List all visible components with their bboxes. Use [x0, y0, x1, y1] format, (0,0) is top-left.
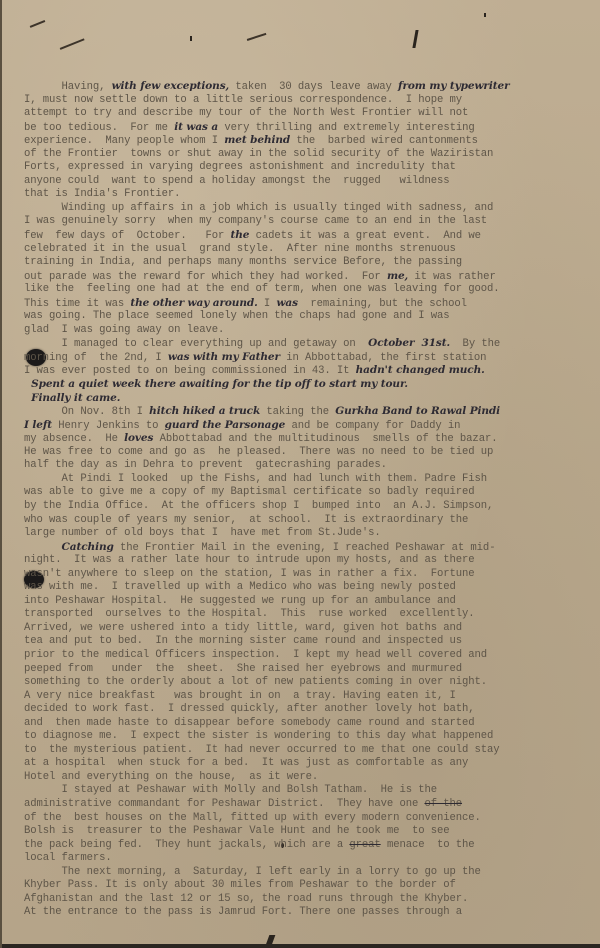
text-line: night. It was a rather late hour to intr…	[24, 554, 584, 568]
typed-text: Hotel and everything on the house, as it…	[24, 771, 318, 783]
text-line: half the day as in Dehra to prevent gate…	[24, 459, 584, 473]
text-line: of the best houses on the Mall, fitted u…	[24, 812, 584, 826]
typed-text: few few days of October. For	[24, 230, 231, 242]
text-line: I, must now settle down to a little seri…	[24, 94, 584, 108]
typed-text: celebrated it in the usual grand style. …	[24, 243, 456, 255]
typed-text: of the Frontier towns or shut away in th…	[24, 148, 493, 160]
handwritten-insert: with few exceptions,	[112, 80, 229, 92]
text-line: out parade was the reward for which they…	[24, 270, 584, 284]
text-line: prior to the medical Officers inspection…	[24, 649, 584, 663]
typed-text: Afghanistan and the last 12 or 15 so, th…	[24, 893, 468, 905]
typed-text: At Pindi I looked up the Fishs, and had …	[24, 473, 487, 485]
text-line: Khyber Pass. It is only about 30 miles f…	[24, 879, 584, 893]
typed-text: Bolsh is treasurer to the Peshawar Vale …	[24, 825, 450, 837]
typed-text: out parade was the reward for which they…	[24, 271, 387, 283]
text-line: celebrated it in the usual grand style. …	[24, 243, 584, 257]
text-line: tea and put to bed. In the morning siste…	[24, 635, 584, 649]
typed-text: to diagnose me. I expect the sister is w…	[24, 730, 493, 742]
typed-text: was with me. I travelled up with a Medic…	[24, 581, 456, 593]
handwritten-insert: from my typewriter	[398, 80, 509, 92]
handwritten-insert: loves	[124, 432, 153, 444]
text-line: Spent a quiet week there awaiting for th…	[24, 378, 584, 392]
text-line: The next morning, a Saturday, I left ear…	[24, 866, 584, 880]
text-line: administrative commandant for Peshawar D…	[24, 798, 584, 812]
handwritten-insert: hadn't changed much.	[356, 364, 485, 376]
typed-text: and be company for Daddy in	[285, 420, 460, 432]
typed-text: I managed to clear everything up and get…	[24, 338, 368, 350]
text-line: of the Frontier towns or shut away in th…	[24, 148, 584, 162]
typed-text: transported ourselves to the Hospital. T…	[24, 608, 475, 620]
text-line: transported ourselves to the Hospital. T…	[24, 608, 584, 622]
text-line: I stayed at Peshawar with Molly and Bols…	[24, 784, 584, 798]
text-line: who was couple of years my senior, at sc…	[24, 514, 584, 528]
text-line: I was genuinely sorry when my company's …	[24, 215, 584, 229]
typed-text: be too tedious. For me	[24, 122, 174, 134]
handwritten-insert: Gurkha Band to Rawal Pindi	[335, 405, 500, 417]
typed-text: I stayed at Peshawar with Molly and Bols…	[24, 784, 437, 796]
typed-text: menace to the	[381, 839, 475, 851]
typed-text: the barbed wired cantonments	[290, 135, 478, 147]
typed-text: I	[258, 298, 277, 310]
handwritten-insert: it was a	[174, 121, 218, 133]
typed-text: was going. The place seemed lonely when …	[24, 310, 450, 322]
typed-text: I was genuinely sorry when my company's …	[24, 215, 487, 227]
text-line: This time it was the other way around. I…	[24, 297, 584, 311]
typed-text: Winding up affairs in a job which is usu…	[24, 202, 493, 214]
typed-text: that is India's Frontier.	[24, 188, 180, 200]
typed-text: into Peshawar Hospital. He suggested we …	[24, 595, 456, 607]
typed-text: Khyber Pass. It is only about 30 miles f…	[24, 879, 456, 891]
typed-text: to the mysterious patient. It had never …	[24, 744, 500, 756]
handwritten-insert: guard the Parsonage	[165, 419, 286, 431]
text-line: the pack being fed. They hunt jackals, w…	[24, 839, 584, 853]
paper-mark	[412, 30, 418, 48]
handwritten-insert: Spent a quiet week there awaiting for th…	[24, 378, 408, 390]
text-line: Forts, expressed in varying degrees asto…	[24, 161, 584, 175]
text-line: Hotel and everything on the house, as it…	[24, 771, 584, 785]
text-line: large number of old boys that I have met…	[24, 527, 584, 541]
typed-text: in Abbottabad, the first station	[280, 352, 487, 364]
text-line: Catching the Frontier Mail in the evenin…	[24, 541, 584, 555]
text-line: something to the orderly about a lot of …	[24, 676, 584, 690]
typed-text: glad I was going away on leave.	[24, 324, 224, 336]
typed-text: prior to the medical Officers inspection…	[24, 649, 487, 661]
text-line: He was free to come and go as he pleased…	[24, 446, 584, 460]
typed-text: The next morning, a Saturday, I left ear…	[24, 866, 481, 878]
typed-text: training in India, and perhaps many mont…	[24, 256, 462, 268]
typed-text: I was ever posted to on being commission…	[24, 365, 356, 377]
paper-mark	[190, 36, 192, 41]
text-line: attempt to try and describe my tour of t…	[24, 107, 584, 121]
text-line: few few days of October. For the cadets …	[24, 229, 584, 243]
typed-text: taken 30 days leave away	[229, 81, 398, 93]
text-line: glad I was going away on leave.	[24, 324, 584, 338]
typed-text: of the best houses on the Mall, fitted u…	[24, 812, 481, 824]
typed-text: Henry Jenkins to	[52, 420, 165, 432]
typed-text: very thrilling and extremely interesting	[218, 122, 475, 134]
typed-text: by the India Office. At the officers sho…	[24, 500, 493, 512]
text-line: into Peshawar Hospital. He suggested we …	[24, 595, 584, 609]
typed-text: attempt to try and describe my tour of t…	[24, 107, 468, 119]
text-line: At Pindi I looked up the Fishs, and had …	[24, 473, 584, 487]
typed-text: Abbottabad and the multitudinous smells …	[153, 433, 497, 445]
handwritten-insert: Catching	[62, 541, 114, 553]
typed-text: and then made haste to disappear before …	[24, 717, 475, 729]
text-line: at a hospital when stuck for a bed. It w…	[24, 757, 584, 771]
typed-text: anyone could want to spend a holiday amo…	[24, 175, 450, 187]
handwritten-insert: me,	[387, 270, 408, 282]
handwritten-insert: the other way around.	[130, 297, 257, 309]
paper-mark	[247, 33, 266, 41]
typed-text: it was rather	[408, 271, 496, 283]
text-line: On Nov. 8th I hitch hiked a truck taking…	[24, 405, 584, 419]
typed-text: my absence. He	[24, 433, 124, 445]
typed-text: On Nov. 8th I	[24, 406, 149, 418]
typed-text: remaining, but the school	[298, 298, 467, 310]
typed-text: tea and put to bed. In the morning siste…	[24, 635, 462, 647]
page-edge	[2, 944, 600, 948]
text-line: that is India's Frontier.	[24, 188, 584, 202]
handwritten-insert: hitch hiked a truck	[149, 405, 260, 417]
typed-text: I, must now settle down to a little seri…	[24, 94, 462, 106]
typed-text: At the entrance to the pass is Jamrud Fo…	[24, 906, 462, 918]
typed-text: was able to give me a copy of my Baptism…	[24, 486, 475, 498]
text-line: to diagnose me. I expect the sister is w…	[24, 730, 584, 744]
typed-text: who was couple of years my senior, at sc…	[24, 514, 468, 526]
text-line: to the mysterious patient. It had never …	[24, 744, 584, 758]
text-line: Having, with few exceptions, taken 30 da…	[24, 80, 584, 94]
typed-text	[24, 542, 62, 554]
paper-mark	[60, 38, 85, 49]
struck-text: of the	[424, 798, 462, 810]
text-line: I managed to clear everything up and get…	[24, 337, 584, 351]
typed-text: half the day as in Dehra to prevent gate…	[24, 459, 387, 471]
typed-text: decided to work fast. I dressed quickly,…	[24, 703, 475, 715]
typed-text: like the feeling one had at the end of t…	[24, 283, 500, 295]
text-line: be too tedious. For me it was a very thr…	[24, 121, 584, 135]
text-line: Finally it came.	[24, 392, 584, 406]
text-line: I left Henry Jenkins to guard the Parson…	[24, 419, 584, 433]
handwritten-insert: October 31st.	[368, 337, 450, 349]
text-line: experience. Many people whom I met behin…	[24, 134, 584, 148]
text-line: was able to give me a copy of my Baptism…	[24, 486, 584, 500]
text-line: Arrived, we were ushered into a tidy lit…	[24, 622, 584, 636]
text-line: was with me. I travelled up with a Medic…	[24, 581, 584, 595]
text-line: Bolsh is treasurer to the Peshawar Vale …	[24, 825, 584, 839]
handwritten-insert: was with my Father	[168, 351, 280, 363]
typed-text: taking the	[260, 406, 335, 418]
typed-text: something to the orderly about a lot of …	[24, 676, 487, 688]
text-line: A very nice breakfast was brought in on …	[24, 690, 584, 704]
text-line: decided to work fast. I dressed quickly,…	[24, 703, 584, 717]
text-line: by the India Office. At the officers sho…	[24, 500, 584, 514]
handwritten-insert: was	[276, 297, 297, 309]
text-line: morning of the 2nd, I was with my Father…	[24, 351, 584, 365]
text-line: wasn't anywhere to sleep on the station,…	[24, 568, 584, 582]
text-line: local farmers.	[24, 852, 584, 866]
typed-text: local farmers.	[24, 852, 112, 864]
typed-text: He was free to come and go as he pleased…	[24, 446, 493, 458]
text-line: and then made haste to disappear before …	[24, 717, 584, 731]
typed-text: A very nice breakfast was brought in on …	[24, 690, 456, 702]
typed-text: morning of the 2nd, I	[24, 352, 168, 364]
text-line: peeped from under the sheet. She raised …	[24, 663, 584, 677]
letter-page: Having, with few exceptions, taken 30 da…	[0, 0, 600, 948]
typed-text: By the	[450, 338, 500, 350]
text-line: anyone could want to spend a holiday amo…	[24, 175, 584, 189]
text-line: At the entrance to the pass is Jamrud Fo…	[24, 906, 584, 920]
struck-text: great	[349, 839, 380, 851]
typed-text: This time it was	[24, 298, 130, 310]
typed-text: night. It was a rather late hour to intr…	[24, 554, 475, 566]
text-line: my absence. He loves Abbottabad and the …	[24, 432, 584, 446]
typed-text: administrative commandant for Peshawar D…	[24, 798, 424, 810]
typed-text: wasn't anywhere to sleep on the station,…	[24, 568, 475, 580]
text-line: was going. The place seemed lonely when …	[24, 310, 584, 324]
typed-text: the Frontier Mail in the evening, I reac…	[114, 542, 496, 554]
letter-body: Having, with few exceptions, taken 30 da…	[24, 80, 584, 920]
text-line: training in India, and perhaps many mont…	[24, 256, 584, 270]
typed-text: at a hospital when stuck for a bed. It w…	[24, 757, 468, 769]
typed-text: experience. Many people whom I	[24, 135, 224, 147]
typed-text: Having,	[24, 81, 112, 93]
typed-text: peeped from under the sheet. She raised …	[24, 663, 462, 675]
typed-text: Arrived, we were ushered into a tidy lit…	[24, 622, 462, 634]
handwritten-insert: I left	[24, 419, 52, 431]
paper-mark	[484, 13, 486, 17]
typed-text: large number of old boys that I have met…	[24, 527, 381, 539]
typed-text: Forts, expressed in varying degrees asto…	[24, 161, 456, 173]
typed-text: the pack being fed. They hunt jackals, w…	[24, 839, 349, 851]
text-line: Winding up affairs in a job which is usu…	[24, 202, 584, 216]
handwritten-insert: Finally it came.	[24, 392, 120, 404]
text-line: I was ever posted to on being commission…	[24, 364, 584, 378]
text-line: Afghanistan and the last 12 or 15 so, th…	[24, 893, 584, 907]
paper-mark	[30, 20, 45, 27]
handwritten-insert: the	[231, 229, 250, 241]
handwritten-insert: met behind	[224, 134, 290, 146]
text-line: like the feeling one had at the end of t…	[24, 283, 584, 297]
typed-text: cadets it was a great event. And we	[249, 230, 481, 242]
